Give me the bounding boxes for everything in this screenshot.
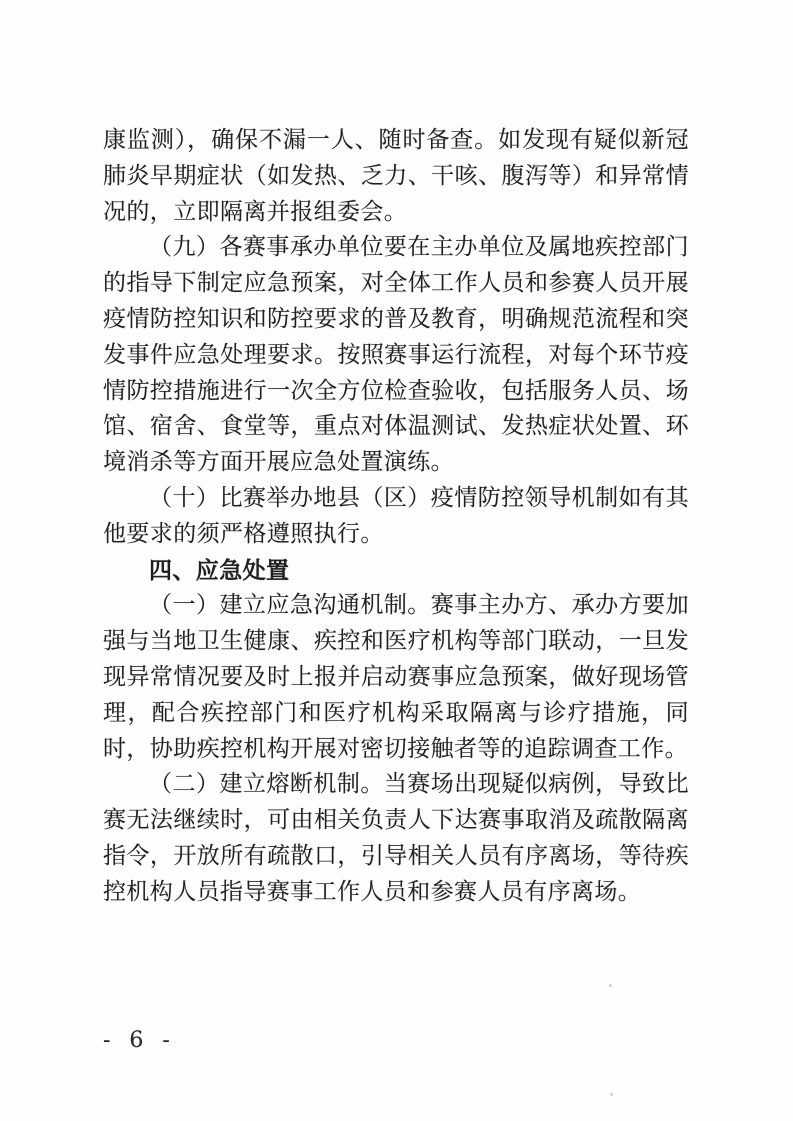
scan-speck [609, 984, 612, 987]
paragraph: （十）比赛举办地县（区）疫情防控领导机制如有其他要求的须严格遵照执行。 [103, 481, 689, 553]
section-heading: 四、应急处置 [103, 553, 689, 589]
paragraph: 康监测），确保不漏一人、随时备查。如发现有疑似新冠肺炎早期症状（如发热、乏力、干… [103, 123, 689, 230]
paragraph: （二）建立熔断机制。当赛场出现疑似病例，导致比赛无法继续时，可由相关负责人下达赛… [103, 767, 689, 910]
document-page: 康监测），确保不漏一人、随时备查。如发现有疑似新冠肺炎早期症状（如发热、乏力、干… [0, 0, 793, 1121]
document-body: 康监测），确保不漏一人、随时备查。如发现有疑似新冠肺炎早期症状（如发热、乏力、干… [103, 123, 689, 911]
scan-speck [610, 1093, 613, 1096]
paragraph: （九）各赛事承办单位要在主办单位及属地疾控部门的指导下制定应急预案，对全体工作人… [103, 230, 689, 481]
paragraph: （一）建立应急沟通机制。赛事主办方、承办方要加强与当地卫生健康、疾控和医疗机构等… [103, 588, 689, 767]
page-number: - 6 - [103, 1028, 176, 1053]
